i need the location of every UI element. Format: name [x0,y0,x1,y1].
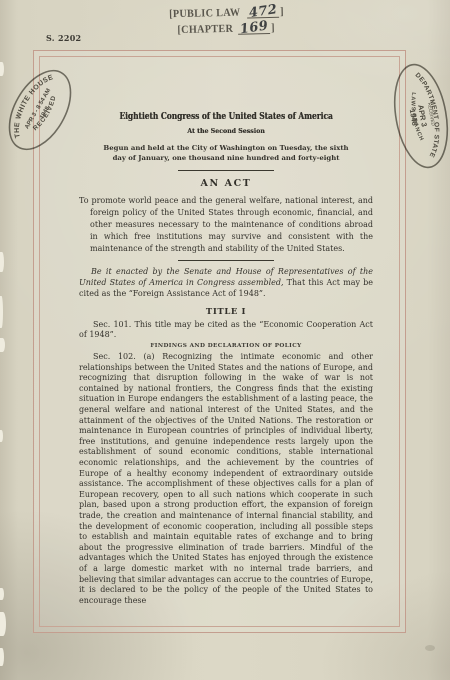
torn-edge-mark [0,430,3,442]
begun-line-1: Begun and held at the City of Washington… [79,143,373,153]
divider-rule [178,260,274,261]
document-page: [PUBLIC LAW 472 ] [CHAPTER 169 ] S. 2202… [0,0,450,680]
section-102-paragraph: Sec. 102. (a) Recognizing the intimate e… [79,352,373,606]
public-law-label: [PUBLIC LAW [169,7,240,21]
torn-edge-mark [0,338,5,352]
torn-edge-mark [0,252,4,272]
chapter-number-handwritten: 169 [240,21,269,34]
act-text-column: Eightieth Congress of the United States … [79,112,373,606]
enacting-clause: Be it enacted by the Senate and House of… [79,267,373,299]
public-law-bracket-close: ] [280,6,284,18]
congress-title: Eightieth Congress of the United States … [103,112,350,122]
findings-heading: FINDINGS AND DECLARATION OF POLICY [79,343,373,349]
begun-and-held-clause: Begun and held at the City of Washington… [79,143,373,163]
chapter-number-blank: 169 [238,20,270,35]
begun-line-2: day of January, one thousand nine hundre… [79,153,373,163]
act-heading: AN ACT [79,178,373,189]
title-one-heading: TITLE I [79,307,373,317]
torn-edge-mark [0,588,4,600]
torn-edge-mark [0,62,4,76]
torn-edge-mark [0,296,3,328]
paper-smudge [425,645,435,651]
divider-rule [178,170,274,171]
bill-number: S. 2202 [46,33,81,43]
public-law-number-handwritten: 472 [248,5,277,18]
torn-edge-mark [0,612,6,636]
act-preamble: To promote world peace and the general w… [79,195,373,255]
torn-edge-mark [0,648,4,666]
chapter-label: [CHAPTER [177,23,233,36]
public-law-number-blank: 472 [247,4,279,19]
section-101-paragraph: Sec. 101. This title may be cited as the… [79,320,373,341]
chapter-bracket-close: ] [271,22,275,34]
session-subtitle: At the Second Session [91,127,361,135]
